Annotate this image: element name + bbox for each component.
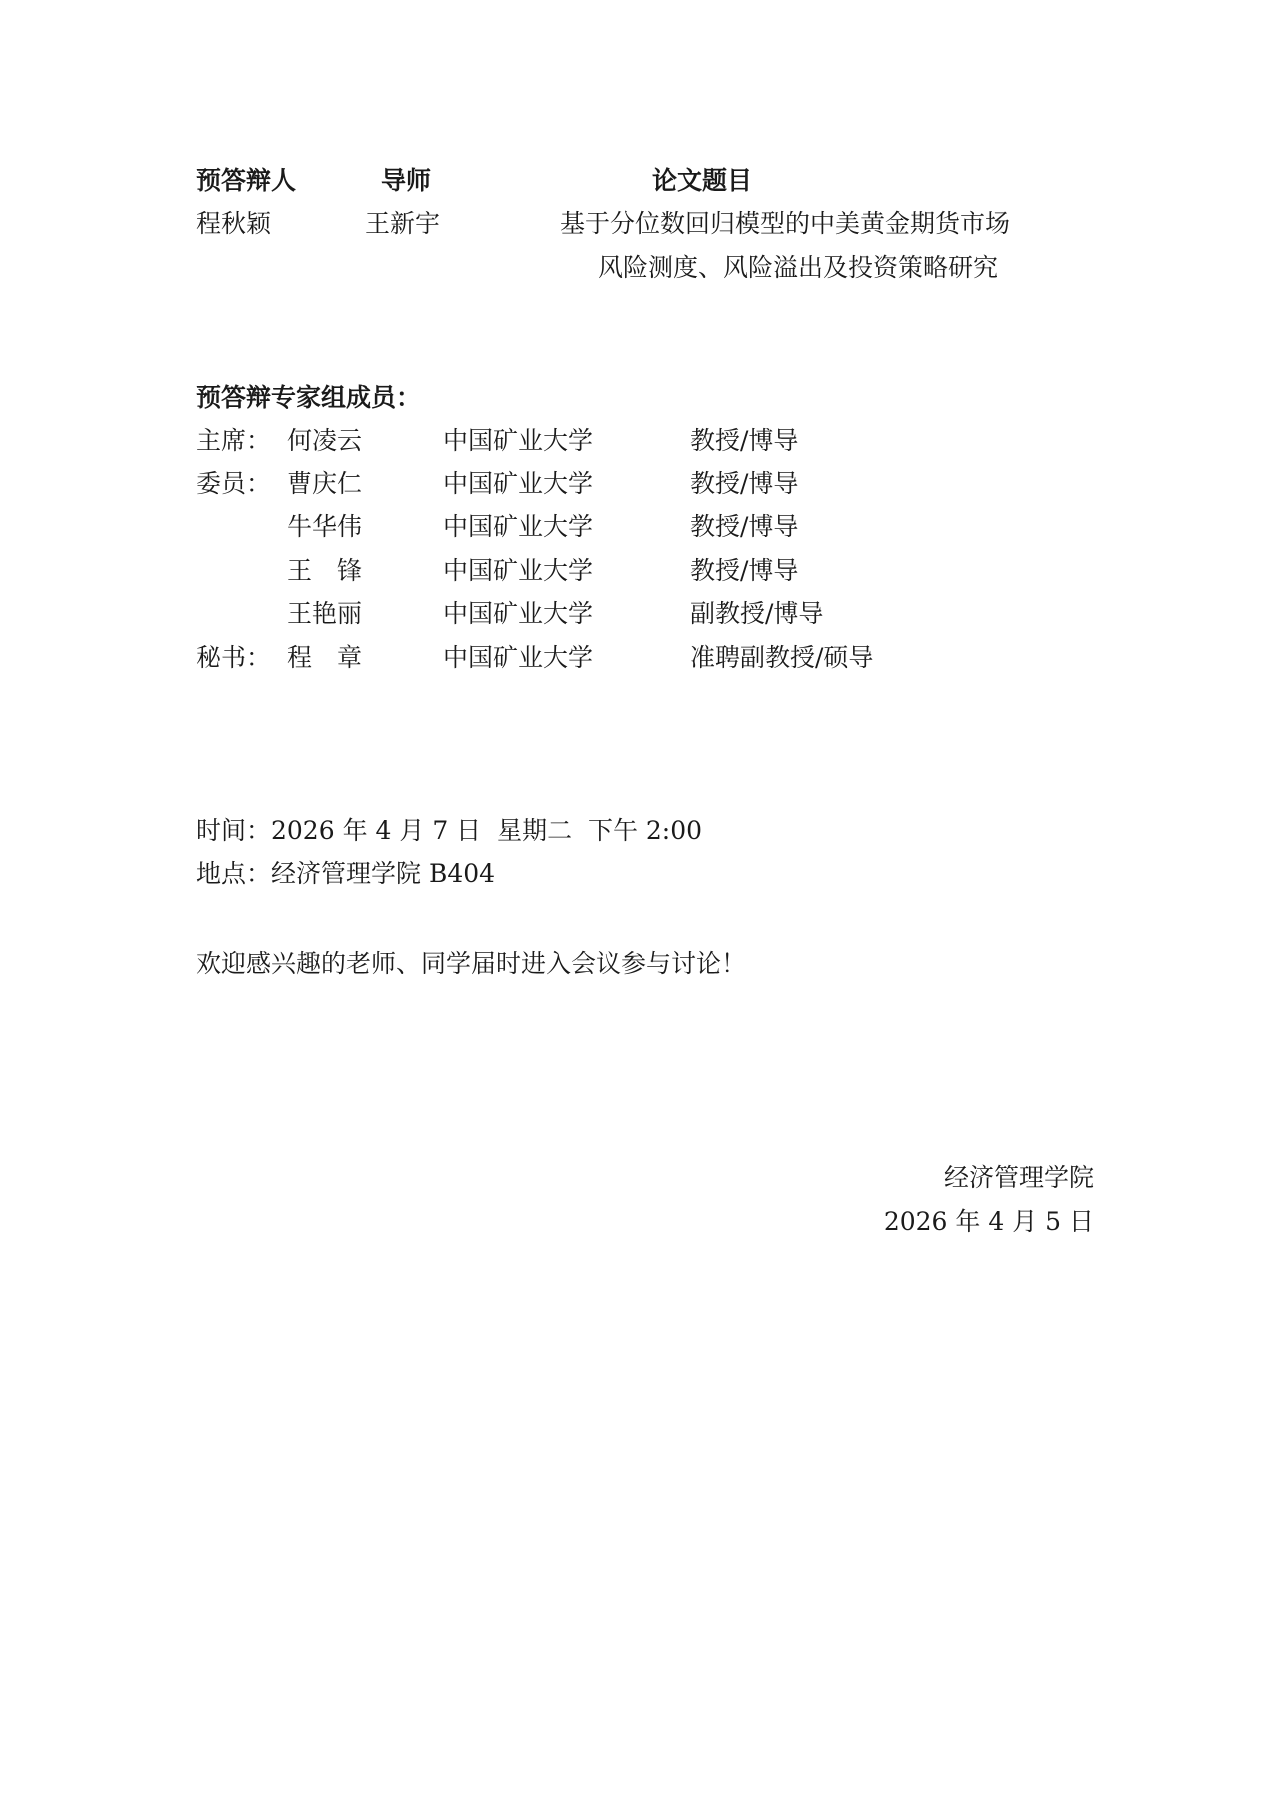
- event-place: 地点：经济管理学院 B404: [196, 859, 495, 889]
- member-name: 曹庆仁: [287, 469, 362, 499]
- welcome-message: 欢迎感兴趣的老师、同学届时进入会议参与讨论！: [196, 949, 746, 979]
- thesis-column-header: 论文题目: [652, 166, 752, 196]
- advisor-column-header: 导师: [381, 166, 431, 196]
- member-org: 中国矿业大学: [443, 599, 593, 629]
- member-org: 中国矿业大学: [443, 469, 593, 499]
- candidate-column-header: 预答辩人: [196, 166, 296, 196]
- member-name: 王艳丽: [287, 599, 362, 629]
- member-name: 何凌云: [287, 426, 362, 456]
- member-org: 中国矿业大学: [443, 643, 593, 673]
- member-title: 副教授/博导: [690, 599, 823, 629]
- member-role: 主席：: [196, 426, 271, 456]
- signature-org: 经济管理学院: [944, 1163, 1094, 1193]
- member-title: 教授/博导: [690, 426, 798, 456]
- member-title: 教授/博导: [690, 512, 798, 542]
- member-title: 教授/博导: [690, 556, 798, 586]
- committee-heading: 预答辩专家组成员：: [196, 383, 421, 413]
- member-role: 秘书：: [196, 643, 271, 673]
- candidate-name: 程秋颖: [196, 209, 271, 239]
- member-name: 程 章: [287, 643, 362, 673]
- member-role: 委员：: [196, 469, 271, 499]
- thesis-title-line1: 基于分位数回归模型的中美黄金期货市场: [560, 209, 1010, 239]
- event-time: 时间：2026 年 4 月 7 日 星期二 下午 2:00: [196, 816, 702, 846]
- member-org: 中国矿业大学: [443, 556, 593, 586]
- member-title: 教授/博导: [690, 469, 798, 499]
- member-name: 牛华伟: [287, 512, 362, 542]
- member-org: 中国矿业大学: [443, 512, 593, 542]
- thesis-title-line2: 风险测度、风险溢出及投资策略研究: [598, 253, 998, 283]
- member-title: 准聘副教授/硕导: [690, 643, 873, 673]
- member-name: 王 锋: [287, 556, 362, 586]
- member-org: 中国矿业大学: [443, 426, 593, 456]
- advisor-name: 王新宇: [365, 209, 440, 239]
- signature-date: 2026 年 4 月 5 日: [884, 1207, 1094, 1237]
